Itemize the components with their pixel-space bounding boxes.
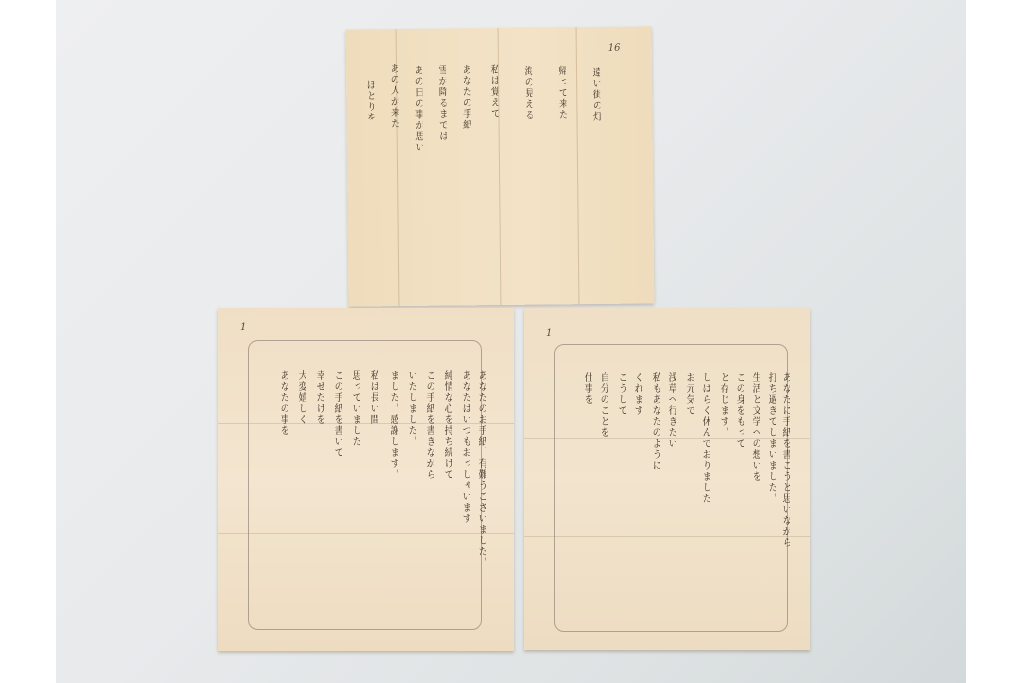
- handwritten-column: あの人が来た: [388, 63, 400, 288]
- manuscript-sheet-right: 1 仕事を 自分のことを こうして くれます 私もあなたのように 浅草へ行きたい…: [524, 308, 810, 650]
- page-number: 1: [240, 322, 246, 333]
- handwritten-column: 仕事を: [582, 372, 592, 612]
- handwritten-column: こうして: [616, 372, 626, 612]
- handwritten-column: あなたのお手紙、有難うございました。: [476, 370, 486, 595]
- handwritten-column: あなたはいつもおっしゃいます: [460, 370, 470, 595]
- handwritten-column: あなたの手紙: [460, 64, 472, 264]
- handwritten-column: と存じます。: [718, 372, 728, 612]
- handwritten-column: くれます: [632, 372, 642, 612]
- handwritten-column: 自分のことを: [598, 372, 608, 612]
- handwritten-column: 雪が降るまでは: [436, 65, 448, 265]
- handwritten-column: しばらく休んでおりました: [700, 372, 710, 612]
- handwritten-column: 私は覚えて: [488, 64, 500, 254]
- fold-line: [576, 27, 580, 304]
- handwritten-column: 海の見える: [522, 66, 534, 266]
- handwritten-column: あなたの事を: [278, 370, 288, 595]
- handwritten-column: 打ち過ぎてしまいました。: [766, 372, 776, 612]
- handwritten-column: この手紙を書いて: [332, 370, 342, 595]
- handwritten-column: 私もあなたのように: [650, 372, 660, 612]
- handwritten-column: この手紙を書きながら: [424, 370, 434, 595]
- handwritten-column: 大変嬉しく: [296, 370, 306, 595]
- handwritten-column: 浅草へ行きたい: [666, 372, 676, 612]
- handwritten-column: 生活と文学への想いを: [750, 372, 760, 612]
- handwritten-column: あの日の事が思い: [412, 65, 424, 285]
- handwritten-column: 私は長い間: [368, 370, 378, 595]
- handwritten-column: お元気で: [684, 372, 694, 612]
- manuscript-sheet-left: 1 あなたの事を 大変嬉しく 幸せだけを この手紙を書いて 思っていました 私は…: [218, 308, 514, 651]
- handwritten-column: ました。感謝します。: [388, 370, 398, 595]
- handwritten-column: あなたに手紙を書こうと思いながら: [780, 372, 790, 612]
- photograph: 16 ほとりを あの人が来た あの日の事が思い 雪が降るまでは あなたの手紙 私…: [56, 0, 966, 683]
- handwritten-column: 純情な心を持ち続けて: [442, 370, 452, 595]
- handwritten-column: 思っていました: [350, 370, 360, 595]
- handwritten-column: 遠い街の灯: [590, 67, 602, 282]
- handwritten-column: 幸せだけを: [314, 370, 324, 595]
- handwritten-column: いたしました。: [406, 370, 416, 595]
- page-number: 1: [546, 328, 552, 339]
- manuscript-sheet-top: 16 ほとりを あの人が来た あの日の事が思い 雪が降るまでは あなたの手紙 私…: [346, 26, 655, 306]
- handwritten-column: ほとりを: [364, 79, 374, 119]
- handwritten-column: 帰って来た: [556, 65, 568, 275]
- page-number: 16: [608, 43, 621, 54]
- handwritten-column: この身をもって: [734, 372, 744, 612]
